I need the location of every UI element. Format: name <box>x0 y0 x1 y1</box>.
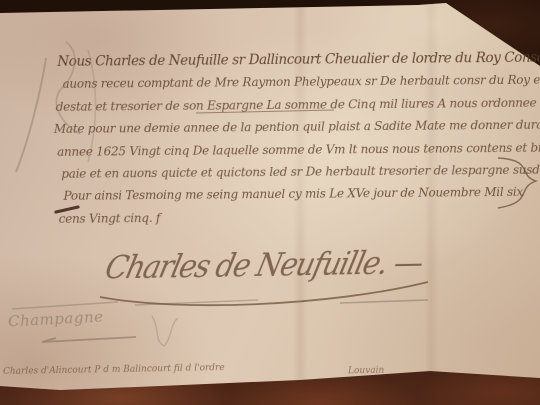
photo-of-manuscript: Nous Charles de Neufuille sr Dallincourt… <box>0 0 540 405</box>
manuscript-line: Pour ainsi Tesmoing me seing manuel cy m… <box>0 181 540 208</box>
signature-charles-de-neufville: Charles de Neufuille. — <box>102 244 427 286</box>
manuscript-text: Nous Charles de Neufuille sr Dallincourt… <box>0 47 540 231</box>
dealer-word-louvain: Louvain <box>348 366 384 377</box>
manuscript-line: cens Vingt cinq. f <box>1 203 540 230</box>
